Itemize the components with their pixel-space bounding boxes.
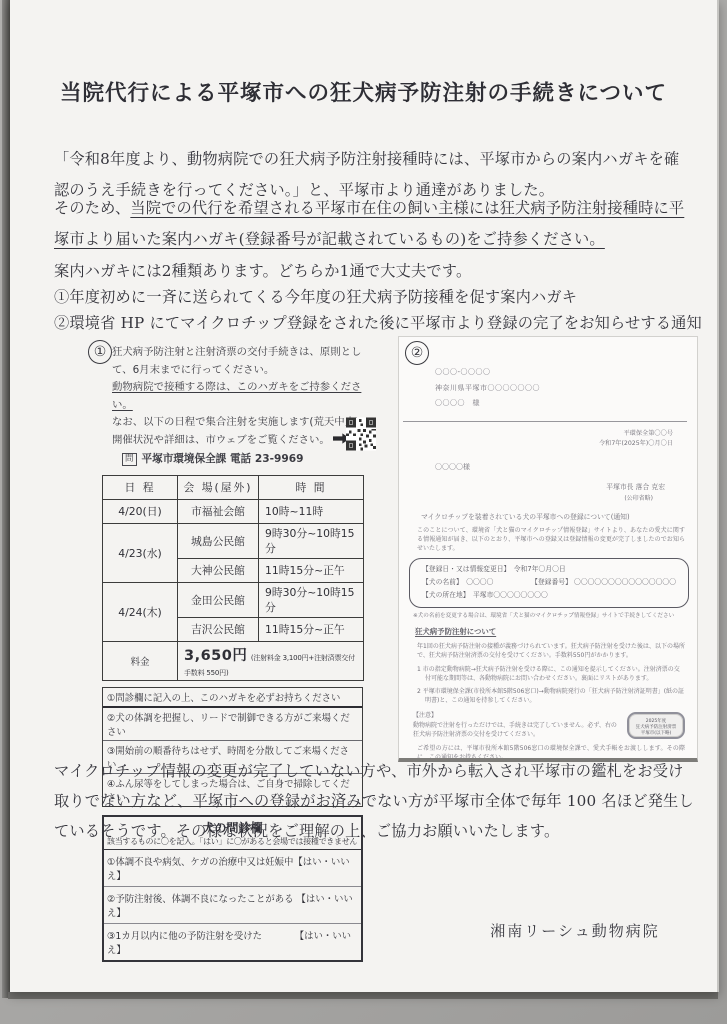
hagaki-sample-1: ① 狂犬病予防注射と注射済票の交付手続きは、原則として、6月末までに行ってくださ… [88,337,380,749]
inquiry-box-icon: 問 [122,453,137,466]
request-paragraph: そのため、当院での代行を希望される平塚市在住の飼い主様には狂犬病予防注射接種時に… [54,193,690,255]
registration-number-pair: 【登録番号】 〇〇〇〇〇〇〇〇〇〇〇〇〇〇〇 [531,576,676,589]
caution-text: 【注意】 動物病院で注射を行っただけでは、手続きは完了していません。必ず、右の狂… [413,711,619,739]
note-1: ①問診欄に記入の上、このハガキを必ずお持ちください [103,688,362,708]
hagaki1-line-1: 狂犬病予防注射と注射済票の交付手続きは、原則として、6月末までに行ってください。 [112,344,370,379]
vaccination-tag-icon: 2025年度 狂犬病予防注射済票 平塚市(以下略) [627,712,685,739]
cell-time: 10時~11時 [259,500,364,524]
hagaki1-line-3: なお、以下の日程で集合注射を実施します(荒天中止)。 [112,414,370,432]
dog-name-pair: 【犬の名前】 〇〇〇〇 [422,576,493,589]
fee-label: 料金 [103,642,178,681]
cell-time: 11時15分~正午 [259,559,364,583]
col-date: 日 程 [103,476,178,500]
hagaki1-line-2: 動物病院で接種する際は、このハガキをご持参ください。 [112,379,370,414]
dog-address-row: 【犬の所在地】 平塚市〇〇〇〇〇〇〇〇 [422,589,676,602]
tag-line-2: 狂犬病予防注射済票 [629,725,683,731]
qr-code-icon [346,417,376,451]
request-prefix: そのため、 [54,199,130,217]
page-title: 当院代行による平塚市への狂犬病予防注射の手続きについて [10,76,717,107]
cell-venue: 吉沢公民館 [178,618,259,642]
tag-line-3: 平塚市(以下略) [629,731,683,737]
fee-cell: 3,650円 (注射料金 3,100円+注射済票交付手数料 550円) [178,642,364,681]
fee-value: 3,650円 [184,648,247,664]
dog-address-label: 【犬の所在地】 [422,591,466,599]
dog-name-row: 【犬の名前】 〇〇〇〇 【登録番号】 〇〇〇〇〇〇〇〇〇〇〇〇〇〇〇 [422,576,676,589]
cell-venue: 金田公民館 [178,583,259,618]
address-block: 〇〇〇-〇〇〇〇 神奈川県平塚市〇〇〇〇〇〇〇 〇〇〇〇 様 [435,365,697,412]
dog-name-label: 【犬の名前】 [422,578,459,586]
procedure-item-1: 1 市の指定動物病院→狂犬病予防注射を受ける際に、この通知を提示してください。注… [417,665,685,683]
dog-address: 平塚市〇〇〇〇〇〇〇〇 [473,591,548,599]
circled-number-1: ① [88,340,112,364]
caution-block: 【注意】 動物病院で注射を行っただけでは、手続きは完了していません。必ず、右の狂… [413,711,685,739]
hagaki-type-2: ②環境省 HP にてマイクロチップ登録をされた後に平塚市より登録の完了をお知らせ… [54,310,702,336]
scan-left-edge [2,0,10,998]
hagaki-type-1: ①年度初めに一斉に送られてくる今年度の狂犬病予防接種を促す案内ハガキ [54,284,702,310]
question-2: ②予防注射後、体調不良になったことがある 【はい・いいえ】 [104,887,361,924]
note-2: ②犬の体調を把握し、リードで制御できる方がご来場ください [103,708,362,741]
postal-code: 〇〇〇-〇〇〇〇 [435,365,697,381]
cell-date: 4/23(水) [103,524,178,583]
document-meta: 平環保全第〇〇号 令和7年(2025年)〇月〇日 [399,429,673,449]
seal-omitted-note: (公印省略) [399,493,653,502]
circled-number-2: ② [405,341,429,365]
fee-row: 料金 3,650円 (注射料金 3,100円+注射済票交付手数料 550円) [103,642,364,681]
letter-subject: マイクロチップを装着されている犬の平塚市への登録について(通知) [421,511,697,521]
hagaki1-line-4: 開催状況や詳細は、市ウェブをご覧ください。 [112,432,370,451]
scanned-document: 当院代行による平塚市への狂犬病予防注射の手続きについて 「令和8年度より、動物病… [0,0,727,1024]
hagaki-sample-2: ② 〇〇〇-〇〇〇〇 神奈川県平塚市〇〇〇〇〇〇〇 〇〇〇〇 様 平環保全第〇〇… [398,336,698,762]
col-time: 時 間 [259,476,364,500]
scan-bottom-edge [8,992,718,999]
hagaki1-line-4-text: 開催状況や詳細は、市ウェブをご覧ください。 [112,434,330,446]
cell-date: 4/24(木) [103,583,178,642]
paper-page: 当院代行による平塚市への狂犬病予防注射の手続きについて 「令和8年度より、動物病… [10,0,719,992]
question-1: ①体調不良や病気、ケガの治療中又は妊娠中【はい・いいえ】 [104,850,361,887]
registration-number: 〇〇〇〇〇〇〇〇〇〇〇〇〇〇〇 [574,578,676,586]
registration-info-box: 【登録日・又は情報変更日】 令和7年〇月〇日 【犬の名前】 〇〇〇〇 【登録番号… [409,558,689,608]
closing-paragraph: マイクロチップ情報の変更が完了していない方や、市外から転入され平塚市の鑑札をお受… [54,756,698,846]
divider-line [403,421,687,422]
cell-venue: 大神公民館 [178,559,259,583]
registration-date-label: 【登録日・又は情報変更日】 [422,565,507,573]
dog-name: 〇〇〇〇 [466,578,493,586]
rabies-section-heading: 狂犬病予防注射について [415,626,697,637]
question-3: ③1カ月以内に他の予防注射を受けた 【はい・いいえ】 [104,924,361,960]
document-date: 令和7年(2025年)〇月〇日 [399,439,673,449]
procedure-item-2: 2 平塚市環境保全課(市役所本館5階506窓口)→動物病院発行の「狂犬病予防注射… [417,687,685,705]
addressee: 〇〇〇〇 様 [435,396,697,412]
col-venue: 会 場(屋外) [178,476,259,500]
contact-line: 問平塚市環境保全課 電話 23-9969 [122,451,380,466]
cell-venue: 城島公民館 [178,524,259,559]
hagaki1-intro-text: 狂犬病予防注射と注射済票の交付手続きは、原則として、6月末までに行ってください。… [112,344,370,450]
registration-date: 令和7年〇月〇日 [514,565,566,573]
registration-number-label: 【登録番号】 [531,578,572,586]
address-line: 神奈川県平塚市〇〇〇〇〇〇〇 [435,381,697,397]
cell-date: 4/20(日) [103,500,178,524]
table-row: 4/24(木) 金田公民館 9時30分~10時15分 [103,583,364,618]
table-header-row: 日 程 会 場(屋外) 時 間 [103,476,364,500]
cell-time: 9時30分~10時15分 [259,524,364,559]
table-row: 4/23(水) 城島公民館 9時30分~10時15分 [103,524,364,559]
table-row: 4/20(日) 市福祉会館 10時~11時 [103,500,364,524]
contact-text: 平塚市環境保全課 電話 23-9969 [142,453,304,465]
registration-date-row: 【登録日・又は情報変更日】 令和7年〇月〇日 [422,563,676,576]
cell-time: 9時30分~10時15分 [259,583,364,618]
document-number: 平環保全第〇〇号 [399,429,673,439]
request-underlined: 当院での代行を希望される平塚市在住の飼い主様には狂犬病予防注射接種時に平塚市より… [54,199,684,248]
cell-time: 11時15分~正午 [259,618,364,642]
rabies-section-body: 年1回の狂犬病予防注射の接種が義務づけられています。狂犬病予防注射を受けた後は、… [417,642,685,660]
sender-name: 平塚市長 落合 克宏 [399,481,665,491]
recipient-name: 〇〇〇〇様 [435,462,697,472]
caution-label: 【注意】 [413,711,619,720]
hospital-signature: 湘南リーシュ動物病院 [440,920,710,941]
name-change-note: ※犬の名前を変更する場合は、環境省「犬と猫のマイクロチップ情報登録」サイトで手続… [413,611,697,619]
caution-body: 動物病院で注射を行っただけでは、手続きは完了していません。必ず、右の狂犬病予防注… [413,721,619,739]
vaccination-schedule-table: 日 程 会 場(屋外) 時 間 4/20(日) 市福祉会館 10時~11時 4/… [102,475,364,681]
cell-venue: 市福祉会館 [178,500,259,524]
hagaki-types-block: 案内ハガキには2種類あります。どちらか1通で大丈夫です。 ①年度初めに一斉に送ら… [54,258,702,336]
hagaki-intro: 案内ハガキには2種類あります。どちらか1通で大丈夫です。 [54,258,702,284]
letter-body: このことについて、環境省「犬と猫のマイクロチップ情報登録」サイトより、あなたの愛… [417,526,685,554]
